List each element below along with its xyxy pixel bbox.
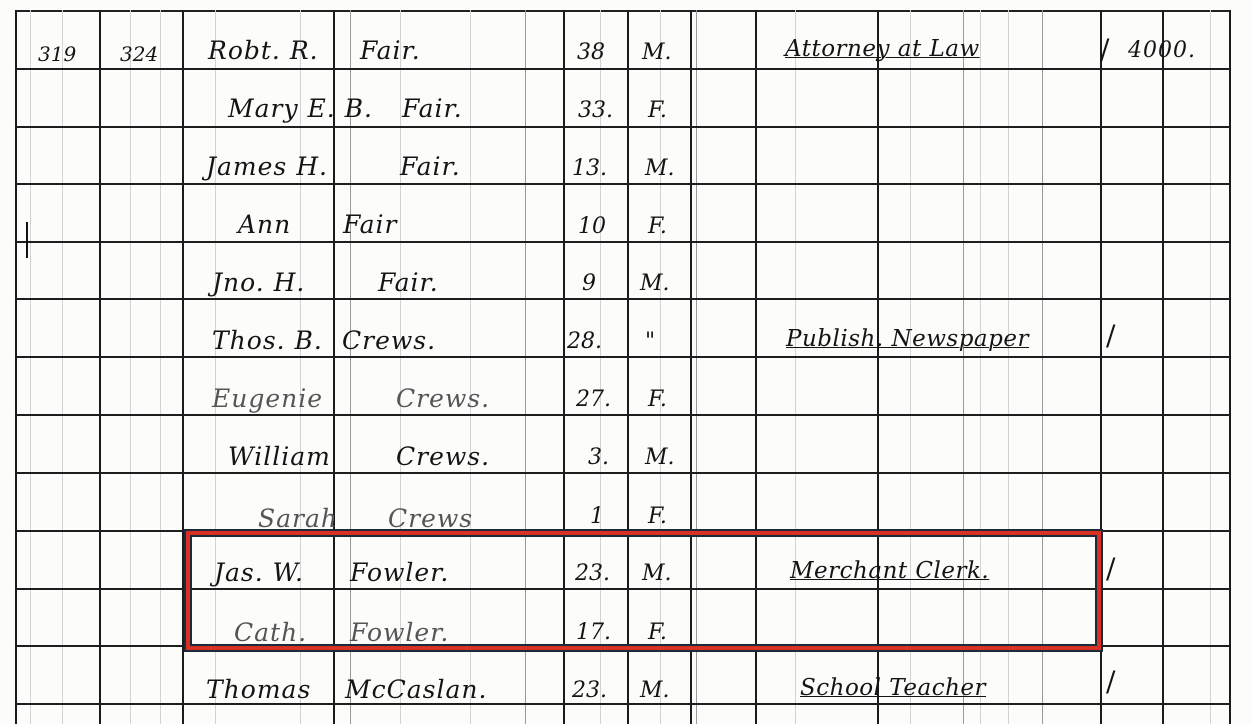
occupation: Attorney at Law [785, 38, 980, 61]
given-name: William [228, 444, 331, 469]
census-page: 319 324 Robt. R. Fair. 38 M. Attorney at… [0, 0, 1252, 724]
check-mark: / [1106, 668, 1115, 696]
surname: Crews [388, 506, 473, 531]
column-rule [62, 10, 63, 724]
column-rule [30, 10, 31, 724]
sex: F. [648, 506, 667, 528]
sex: M. [642, 42, 672, 64]
margin-mark [26, 222, 28, 258]
given-name: Ann [238, 212, 291, 237]
sex: M. [640, 680, 670, 702]
row-rule [15, 472, 1231, 474]
surname: Fair. [360, 38, 421, 63]
sex: F. [648, 100, 667, 122]
surname: McCaslan. [345, 677, 487, 702]
column-rule [182, 10, 184, 724]
row-rule [15, 126, 1231, 128]
highlight-box [185, 530, 1102, 651]
column-rule [130, 10, 131, 724]
column-rule [1229, 10, 1231, 724]
sex: " [645, 331, 655, 353]
row-rule [15, 183, 1231, 185]
surname: Fair. [378, 270, 439, 295]
row-rule [15, 356, 1231, 358]
given-name: James H. [206, 154, 328, 179]
age: 38 [577, 42, 605, 64]
given-name: Thomas [206, 677, 311, 702]
row-rule [15, 414, 1231, 416]
column-rule [1162, 10, 1164, 724]
age: 10 [578, 216, 606, 238]
surname: Crews. [342, 328, 436, 353]
sex: M. [645, 447, 675, 469]
column-rule [15, 10, 17, 724]
row-rule [15, 703, 1231, 705]
row-rule [15, 298, 1231, 300]
given-name: Jno. H. [212, 270, 305, 295]
age: 33. [578, 100, 613, 122]
given-name: Mary E. B. [228, 96, 373, 121]
column-rule [160, 10, 161, 724]
occupation: Publish. Newspaper [786, 328, 1029, 351]
column-rule [99, 10, 101, 724]
age: 1 [590, 506, 604, 528]
occupation: School Teacher [800, 677, 986, 700]
sex: F. [648, 216, 667, 238]
age: 28. [567, 331, 602, 353]
family-number: 324 [120, 44, 158, 64]
surname: Fair [343, 212, 398, 237]
sex: F. [648, 389, 667, 411]
surname: Fair. [400, 154, 461, 179]
given-name: Robt. R. [208, 38, 319, 63]
row-rule [15, 241, 1231, 243]
given-name: Sarah [258, 506, 338, 531]
row-rule [15, 68, 1231, 70]
sex: M. [645, 158, 675, 180]
surname: Crews. [396, 444, 490, 469]
age: 13. [572, 158, 607, 180]
check-mark: / [1100, 36, 1109, 64]
surname: Crews. [396, 386, 490, 411]
check-mark: / [1106, 555, 1115, 583]
check-mark: / [1106, 322, 1115, 350]
age: 9 [582, 273, 596, 295]
age: 3. [588, 447, 609, 469]
surname: Fair. [402, 96, 463, 121]
dwelling-number: 319 [38, 44, 76, 64]
age: 23. [572, 680, 607, 702]
given-name: Thos. B. [212, 328, 323, 353]
real-estate-value: 4000. [1128, 40, 1196, 62]
top-rule [15, 10, 1231, 12]
sex: M. [640, 273, 670, 295]
age: 27. [576, 389, 611, 411]
given-name: Eugenie [212, 386, 323, 411]
column-rule [1210, 10, 1211, 724]
